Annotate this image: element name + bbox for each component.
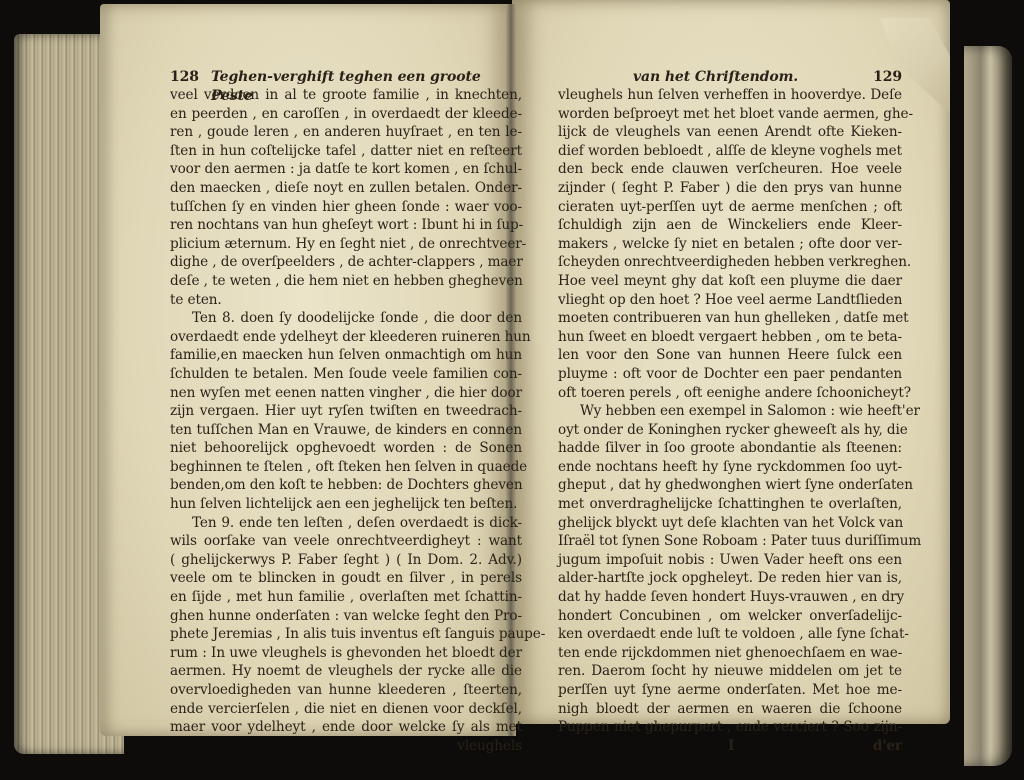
text-line: oft toeren perels , oft eenighe andere ſ… <box>558 384 902 403</box>
text-line: en peerden , en caroſſen , in overdaedt … <box>170 105 522 124</box>
text-line: hondert Concubinen , om welcker onverſad… <box>558 607 902 626</box>
right-footer: I d'er <box>558 737 902 756</box>
text-line: ren nochtans van hun gheſeyt wort : Ibun… <box>170 216 522 235</box>
text-line: ren. Daerom ſocht hy nieuwe middelen om … <box>558 662 902 681</box>
text-line: zijnder ( ſeght P. Faber ) die den prys … <box>558 179 902 198</box>
text-line: perſſen uyt ſyne aerme onderſaten. Met h… <box>558 681 902 700</box>
text-line: ſchulden te betalen. Men ſoude veele fam… <box>170 365 522 384</box>
text-line: ten tuſſchen Man en Vrauwe, de kinders e… <box>170 421 522 440</box>
text-line: Ten 8. doen ſy doodelijcke ſonde , die d… <box>170 309 522 328</box>
text-line: vleughels hun ſelven verheffen in hoover… <box>558 86 902 105</box>
text-line: aermen. Hy noemt de vleughels der rycke … <box>170 662 522 681</box>
text-line: ten ende rijckdommen niet ghenoechſaem e… <box>558 644 902 663</box>
text-line: ghelijck blyckt uyt deſe klachten van he… <box>558 514 902 533</box>
text-line: nen wyſen met eenen natten vingher , die… <box>170 384 522 403</box>
left-page-text: 128 Teghen-verghift teghen een groote Pe… <box>170 68 522 755</box>
right-catchword: d'er <box>873 737 902 756</box>
text-line: ende vercierſelen , die niet en dienen v… <box>170 700 522 719</box>
text-line: ſten in hun coſtelijcke tafel , datter n… <box>170 142 522 161</box>
left-catchword: vleughels <box>170 737 522 756</box>
text-line: beghinnen te ſtelen , oft ſteken hen ſel… <box>170 458 522 477</box>
signature-mark: I <box>728 737 734 756</box>
text-line: veel verdoen in al te groote familie , i… <box>170 86 522 105</box>
text-line: worden beſproeyt met het bloet vande aer… <box>558 105 902 124</box>
text-line: plicium æternum. Hy en ſeght niet , de o… <box>170 235 522 254</box>
text-line: vlieght op den hoet ? Hoe veel aerme Lan… <box>558 291 902 310</box>
text-line: ſchuldigh zijn aen de Winckeliers ende K… <box>558 216 902 235</box>
text-line: Puppen niet ghepurpert , ende verciert ?… <box>558 718 902 737</box>
text-line: te eten. <box>170 291 522 310</box>
text-line: rum : In uwe vleughels is ghevonden het … <box>170 644 522 663</box>
text-line: ren , goude leren , en anderen huyſraet … <box>170 123 522 142</box>
text-line: den maecken , dieſe noyt en zullen betal… <box>170 179 522 198</box>
text-line: jugum impoſuit nobis : Uwen Vader heeft … <box>558 551 902 570</box>
text-line: dighe , de overſpeelders , de achter-cla… <box>170 253 522 272</box>
text-line: niet behoorelijck opghevoedt worden : de… <box>170 439 522 458</box>
text-line: gheput , dat hy ghedwonghen wiert ſyne o… <box>558 476 902 495</box>
text-line: oyt onder de Koninghen rycker gheweeſt a… <box>558 421 902 440</box>
text-line: Wy hebben een exempel in Salomon : wie h… <box>558 402 902 421</box>
text-line: veele om te blincken in goudt en ſilver … <box>170 569 522 588</box>
text-line: Iſraël tot ſynen Sone Roboam : Pater tuu… <box>558 532 902 551</box>
right-running-title: van het Chriſtendom. <box>558 68 873 87</box>
text-line: ghen hunne onderſaten : van welcke ſeght… <box>170 607 522 626</box>
text-line: len voor den Sone van hunnen Heere ſulck… <box>558 346 902 365</box>
right-page-number: 129 <box>873 68 902 87</box>
right-running-head: van het Chriſtendom. 129 <box>558 68 902 88</box>
text-line: overvloedigheden van hunne kleederen , ſ… <box>170 681 522 700</box>
right-body: vleughels hun ſelven verheffen in hoover… <box>558 86 902 737</box>
text-line: moeten contribueren van hun ghelleken , … <box>558 309 902 328</box>
text-line: cieraten uyt-perſſen uyt de aerme menſch… <box>558 198 902 217</box>
text-line: wils oorſake van veele onrechtveerdighey… <box>170 532 522 551</box>
text-line: den beck ende clauwen verſcheuren. Hoe v… <box>558 160 902 179</box>
text-line: voor den aermen : ja datſe te kort komen… <box>170 160 522 179</box>
text-line: makers , welcke ſy niet en betalen ; oft… <box>558 235 902 254</box>
text-line: hadde ſilver in ſoo groote abondantie al… <box>558 439 902 458</box>
text-line: dief worden bebloedt , alſſe de kleyne v… <box>558 142 902 161</box>
text-line: nigh bloedt der aermen en waeren die ſch… <box>558 700 902 719</box>
left-body: veel verdoen in al te groote familie , i… <box>170 86 522 737</box>
text-line: dat hy hadde ſeven hondert Huys-vrauwen … <box>558 588 902 607</box>
text-line: ende nochtans heeft hy ſyne ryckdommen ſ… <box>558 458 902 477</box>
text-line: overdaedt ende ydelheyt der kleederen ru… <box>170 328 522 347</box>
right-page-text: van het Chriſtendom. 129 vleughels hun ſ… <box>558 68 902 755</box>
text-line: benden,om den koſt te hebben: de Dochter… <box>170 476 522 495</box>
text-line: Ten 9. ende ten leſten , deſen overdaedt… <box>170 514 522 533</box>
right-cover-edge <box>964 46 1012 766</box>
text-line: ſcheyden onrechtveerdigheden hebben verk… <box>558 253 902 272</box>
text-line: alder-hartſte jock opgheleyt. De reden h… <box>558 569 902 588</box>
left-page-number: 128 <box>170 68 199 87</box>
text-line: deſe , te weten , die hem niet en hebben… <box>170 272 522 291</box>
text-line: hun ſweet en bloedt vergaert hebben , om… <box>558 328 902 347</box>
text-line: lijck de vleughels van eenen Arendt ofte… <box>558 123 902 142</box>
text-line: zijn vergaen. Hier uyt ryſen twiſten en … <box>170 402 522 421</box>
text-line: pluyme : oft voor de Dochter een paer pe… <box>558 365 902 384</box>
text-line: maer voor ydelheyt , ende door welcke ſy… <box>170 718 522 737</box>
text-line: Hoe veel meynt ghy dat koſt een pluyme d… <box>558 272 902 291</box>
text-line: ken overdaedt ende luſt te voldoen , all… <box>558 625 902 644</box>
left-running-head: 128 Teghen-verghift teghen een groote Pe… <box>170 68 522 88</box>
text-line: hun ſelven lichtelijck aen een jeghelijc… <box>170 495 522 514</box>
text-line: phete Jeremias , In alis tuis inventus e… <box>170 625 522 644</box>
text-line: familie,en maecken hun ſelven onmachtigh… <box>170 346 522 365</box>
text-line: ( ghelijckerwys P. Faber ſeght ) ( In Do… <box>170 551 522 570</box>
text-line: met onverdraghelijcke ſchattinghen te ov… <box>558 495 902 514</box>
text-line: en ſijde , met hun familie , overlaſten … <box>170 588 522 607</box>
text-line: tuſſchen ſy en vinden hier gheen ſonde :… <box>170 198 522 217</box>
